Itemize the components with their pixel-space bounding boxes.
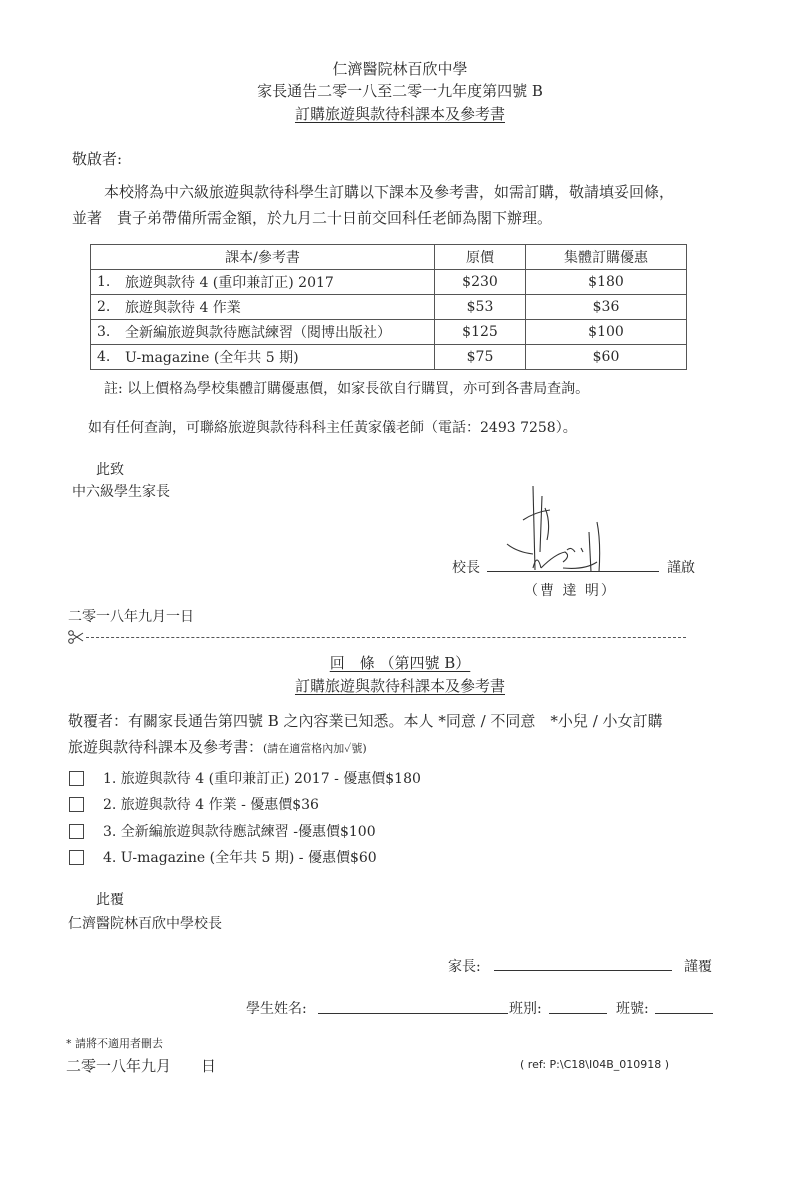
student-name-label: 學生姓名: xyxy=(246,998,307,1018)
salutation: 敬啟者: xyxy=(72,148,122,169)
option-2-label: 2. 旅遊與款待 4 作業 - 優惠價$36 xyxy=(103,794,319,814)
body-line-2: 並著 貴子弟帶備所需金額，於九月二十日前交回科任老師為閣下辦理。 xyxy=(72,207,552,228)
parent-label: 家長: xyxy=(448,956,481,976)
principal-name: （曹 達 明） xyxy=(524,580,617,600)
table-row: 1. 旅遊與款待 4 (重印兼訂正) 2017 $230 $180 xyxy=(91,270,687,295)
body-line-1: 本校將為中六級旅遊與款待科學生訂購以下課本及參考書，如需訂購，敬請填妥回條， xyxy=(104,181,674,202)
table-row: 2. 旅遊與款待 4 作業 $53 $36 xyxy=(91,295,687,320)
enquiry-text: 如有任何查詢，可聯絡旅遊與款待科科主任黃家儀老師（電話：2493 7258）。 xyxy=(88,417,577,437)
row-group-price: $36 xyxy=(526,295,687,320)
footnote: * 請將不適用者刪去 xyxy=(66,1035,163,1051)
cut-line xyxy=(86,637,686,638)
option-2-checkbox[interactable] xyxy=(69,797,84,812)
reply-date: 二零一八年九月 日 xyxy=(66,1055,216,1076)
notice-number: 家長通告二零一八至二零一九年度第四號 B xyxy=(0,80,800,101)
row-item-name: 旅遊與款待 4 (重印兼訂正) 2017 xyxy=(119,270,435,295)
row-number: 1. xyxy=(91,270,120,295)
row-group-price: $100 xyxy=(526,320,687,345)
notice-subject: 訂購旅遊與款待科課本及參考書 xyxy=(0,103,800,124)
table-header-row: 課本/參考書 原價 集體訂購優惠 xyxy=(91,245,687,270)
row-number: 3. xyxy=(91,320,120,345)
reply-intro-line-2: 旅遊與款待科課本及參考書：(請在適當格內加✓號) xyxy=(68,736,367,757)
notice-date: 二零一八年九月一日 xyxy=(68,606,194,626)
row-item-name: U-magazine (全年共 5 期) xyxy=(119,345,435,370)
row-number: 4. xyxy=(91,345,120,370)
student-name-field[interactable] xyxy=(318,1013,508,1014)
class-no-label: 班號: xyxy=(616,998,649,1018)
header-item: 課本/參考書 xyxy=(91,245,435,270)
option-4-checkbox[interactable] xyxy=(69,850,84,865)
row-price: $75 xyxy=(435,345,526,370)
reply-intro-text: 旅遊與款待科課本及參考書： xyxy=(68,738,263,756)
scissors-icon xyxy=(68,630,84,644)
school-name: 仁濟醫院林百欣中學 xyxy=(0,58,800,79)
row-price: $125 xyxy=(435,320,526,345)
option-1-label: 1. 旅遊與款待 4 (重印兼訂正) 2017 - 優惠價$180 xyxy=(103,768,421,788)
table-row: 4. U-magazine (全年共 5 期) $75 $60 xyxy=(91,345,687,370)
price-table: 課本/參考書 原價 集體訂購優惠 1. 旅遊與款待 4 (重印兼訂正) 2017… xyxy=(90,244,687,370)
header-price: 原價 xyxy=(435,245,526,270)
reply-intro-hint: (請在適當格內加✓號) xyxy=(263,742,367,755)
row-item-name: 全新編旅遊與款待應試練習（閱博出版社） xyxy=(119,320,435,345)
recipient-text: 中六級學生家長 xyxy=(72,481,170,501)
row-group-price: $180 xyxy=(526,270,687,295)
row-group-price: $60 xyxy=(526,345,687,370)
option-3-label: 3. 全新編旅遊與款待應試練習 -優惠價$100 xyxy=(103,821,376,841)
reply-slip-subtitle: 訂購旅遊與款待科課本及參考書 xyxy=(0,675,800,696)
class-label: 班別: xyxy=(509,998,542,1018)
parent-suffix: 謹覆 xyxy=(684,956,712,976)
reply-slip-title: 回 條 （第四號 B） xyxy=(0,652,800,673)
principal-signature-line xyxy=(487,571,659,572)
row-item-name: 旅遊與款待 4 作業 xyxy=(119,295,435,320)
class-field[interactable] xyxy=(549,1013,607,1014)
principal-signature xyxy=(505,482,635,572)
option-3-checkbox[interactable] xyxy=(69,824,84,839)
row-price: $230 xyxy=(435,270,526,295)
row-number: 2. xyxy=(91,295,120,320)
closing-text: 此致 xyxy=(96,459,124,479)
table-row: 3. 全新編旅遊與款待應試練習（閱博出版社） $125 $100 xyxy=(91,320,687,345)
reply-intro-line-1: 敬覆者：有關家長通告第四號 B 之內容業已知悉。本人 *同意 / 不同意 *小兒… xyxy=(68,710,663,731)
row-price: $53 xyxy=(435,295,526,320)
reply-recipient: 仁濟醫院林百欣中學校長 xyxy=(68,913,222,933)
parent-signature-field[interactable] xyxy=(494,970,672,971)
reply-closing: 此覆 xyxy=(96,889,124,909)
principal-suffix: 謹啟 xyxy=(667,557,695,577)
reference-code: ( ref: P:\C18\I04B_010918 ) xyxy=(520,1058,669,1071)
class-no-field[interactable] xyxy=(655,1013,713,1014)
option-4-label: 4. U-magazine (全年共 5 期) - 優惠價$60 xyxy=(103,847,377,867)
principal-label: 校長 xyxy=(452,557,480,577)
header-group-price: 集體訂購優惠 xyxy=(526,245,687,270)
price-note: 註: 以上價格為學校集體訂購優惠價，如家長欲自行購買，亦可到各書局查詢。 xyxy=(104,378,589,398)
option-1-checkbox[interactable] xyxy=(69,771,84,786)
